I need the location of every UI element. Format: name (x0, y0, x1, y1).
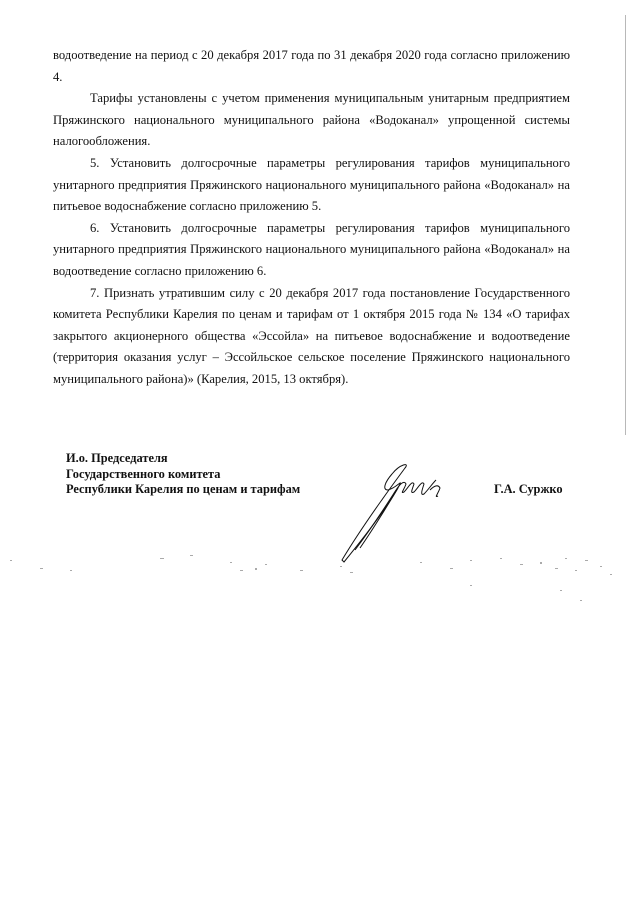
document-page: водоотведение на период с 20 декабря 201… (0, 0, 640, 905)
paragraph-item-6: 6. Установить долгосрочные параметры рег… (53, 218, 570, 283)
scan-noise (0, 540, 640, 630)
signatory-title-line: Государственного комитета (66, 467, 300, 483)
signatory-title-line: И.о. Председателя (66, 451, 300, 467)
signatory-name: Г.А. Суржко (494, 482, 563, 497)
paragraph-tax-system: Тарифы установлены с учетом применения м… (53, 88, 570, 153)
signatory-title-line: Республики Карелия по ценам и тарифам (66, 482, 300, 498)
document-body: водоотведение на период с 20 декабря 201… (53, 45, 570, 391)
signatory-title: И.о. Председателя Государственного комит… (66, 451, 300, 498)
paragraph-continuation: водоотведение на период с 20 декабря 201… (53, 45, 570, 88)
scan-edge-line (625, 15, 626, 435)
paragraph-item-7: 7. Признать утратившим силу с 20 декабря… (53, 283, 570, 391)
paragraph-item-5: 5. Установить долгосрочные параметры рег… (53, 153, 570, 218)
